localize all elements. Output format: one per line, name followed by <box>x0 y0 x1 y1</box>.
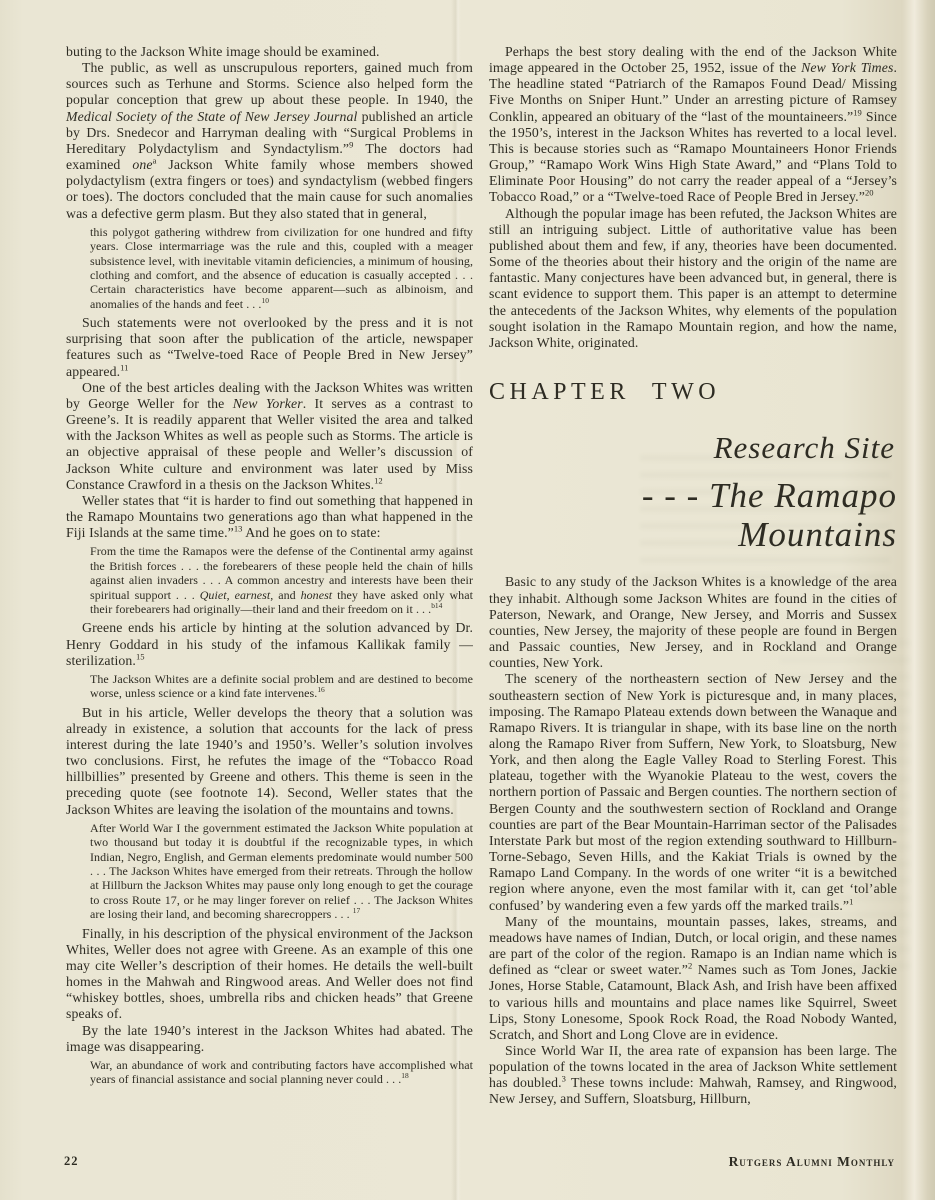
left-text-column: buting to the Jackson White image should… <box>66 44 473 1091</box>
block-quote: From the time the Ramapos were the defen… <box>90 544 473 616</box>
block-quote: War, an abundance of work and contributi… <box>90 1058 473 1087</box>
right-text-column: Perhaps the best story dealing with the … <box>489 44 897 1108</box>
block-quote: this polygot gathering withdrew from civ… <box>90 225 473 311</box>
magazine-running-title: Rutgers Alumni Monthly <box>729 1154 895 1170</box>
paragraph: Such statements were not overlooked by t… <box>66 315 473 380</box>
paragraph: By the late 1940’s interest in the Jacks… <box>66 1023 473 1055</box>
paragraph: Weller states that “it is harder to find… <box>66 493 473 541</box>
paragraph: Basic to any study of the Jackson Whites… <box>489 574 897 671</box>
paragraph: But in his article, Weller develops the … <box>66 705 473 818</box>
section-subtitle: - - - The Ramapo Mountains <box>489 477 897 554</box>
paragraph: The scenery of the northeastern section … <box>489 671 897 913</box>
chapter-heading: CHAPTER TWO <box>489 379 897 405</box>
paragraph: One of the best articles dealing with th… <box>66 380 473 493</box>
paragraph: Perhaps the best story dealing with the … <box>489 44 897 206</box>
block-quote: After World War I the government estimat… <box>90 821 473 922</box>
block-quote: The Jackson Whites are a definite social… <box>90 672 473 701</box>
paragraph: Since World War II, the area rate of exp… <box>489 1043 897 1108</box>
continuation-paragraph: buting to the Jackson White image should… <box>66 44 473 60</box>
page-number: 22 <box>64 1154 79 1169</box>
paragraph: Finally, in his description of the physi… <box>66 926 473 1023</box>
paragraph: Greene ends his article by hinting at th… <box>66 620 473 668</box>
paragraph: The public, as well as unscrupulous repo… <box>66 60 473 222</box>
magazine-page: buting to the Jackson White image should… <box>0 0 935 1200</box>
paragraph: Many of the mountains, mountain passes, … <box>489 914 897 1043</box>
section-title: Research Site <box>489 431 895 465</box>
paragraph: Although the popular image has been refu… <box>489 206 897 351</box>
